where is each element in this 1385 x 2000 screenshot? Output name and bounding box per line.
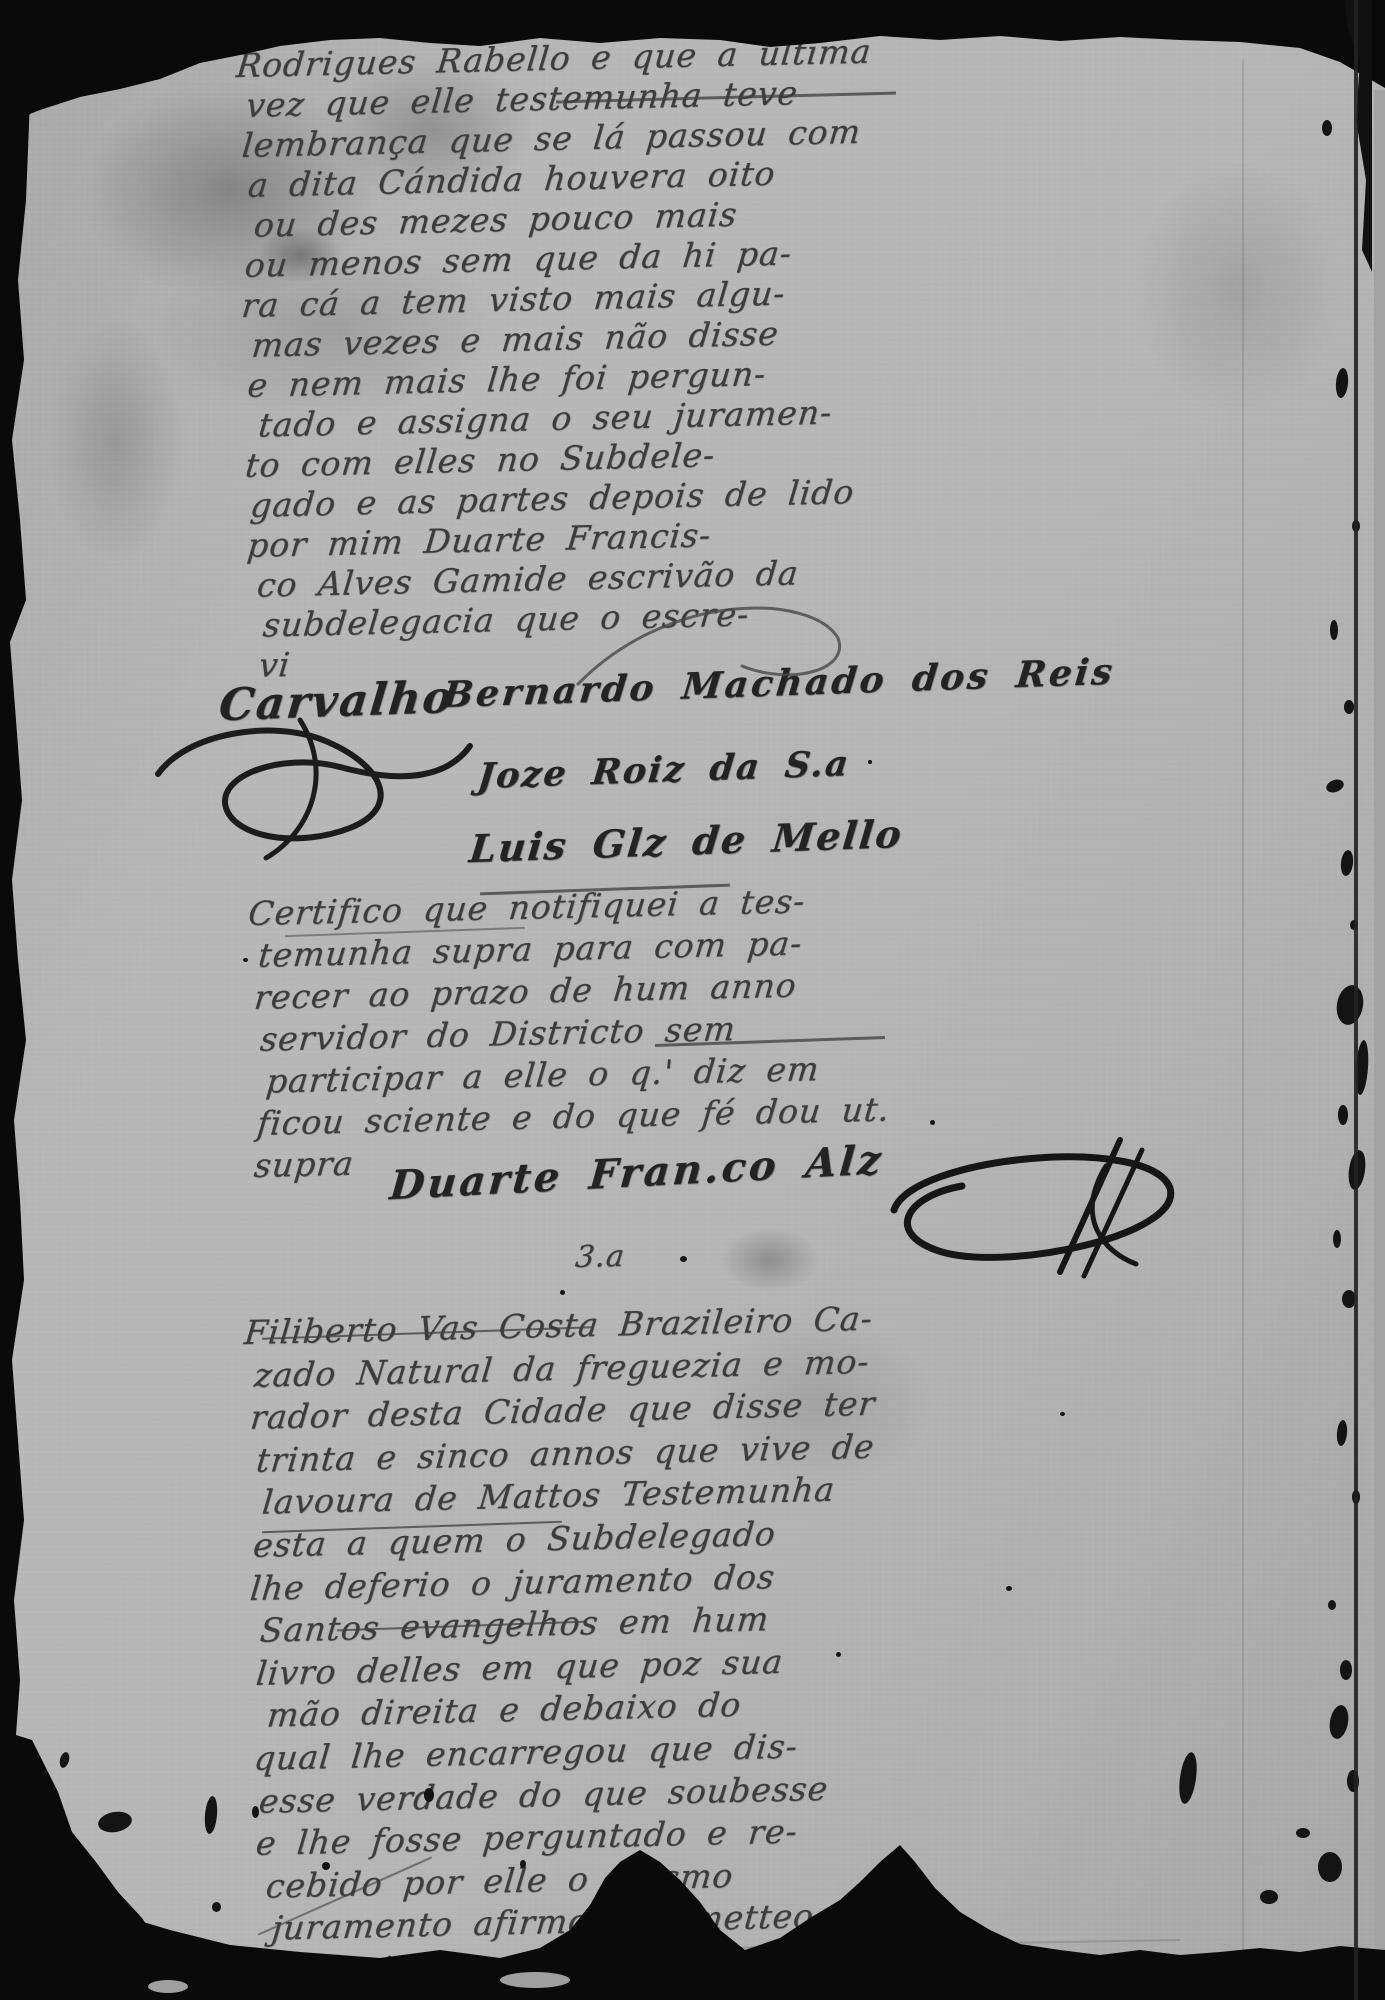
ink-speck [836,1652,841,1657]
ink-blot [1328,1600,1336,1610]
ink-blot [1338,1105,1348,1125]
ink-speck [1060,1412,1065,1416]
ink-blot [1296,1828,1310,1838]
scanned-manuscript-page: Rodrigues Rabello e que a ultima vez que… [0,0,1385,2000]
witness-number-marker: 3.a [575,1239,625,1276]
paper-fragment [500,1972,570,1988]
vertical-crease [1242,60,1244,1950]
manuscript-line: 3.a [574,1239,627,1276]
ink-speck [243,958,248,962]
ink-blot [1333,1230,1341,1248]
ink-blot [520,1860,526,1868]
ink-speck [868,760,872,764]
ink-speck [1006,1586,1012,1591]
binding-fold-line [1354,0,1358,2000]
ink-blot [1340,1660,1352,1680]
ink-speck [930,1120,935,1125]
ink-blot [212,1902,221,1912]
ink-blot [322,1862,330,1870]
ink-blot [252,1806,259,1818]
adjacent-page-strip [1374,90,1385,2000]
paper-fragment [148,1980,188,1993]
ink-blot [1344,700,1354,714]
ink-blot [1322,120,1332,136]
ink-speck [560,1290,565,1295]
signature-flourish-duarte [878,1126,1178,1284]
pen-loop-flourish [560,572,860,692]
ink-blot [1260,1890,1278,1904]
ink-blot [1330,620,1338,640]
ink-blot [1318,1852,1342,1882]
signature-flourish-carvalho [148,712,478,862]
ink-speck [680,1256,687,1262]
ink-blot [424,1788,434,1802]
